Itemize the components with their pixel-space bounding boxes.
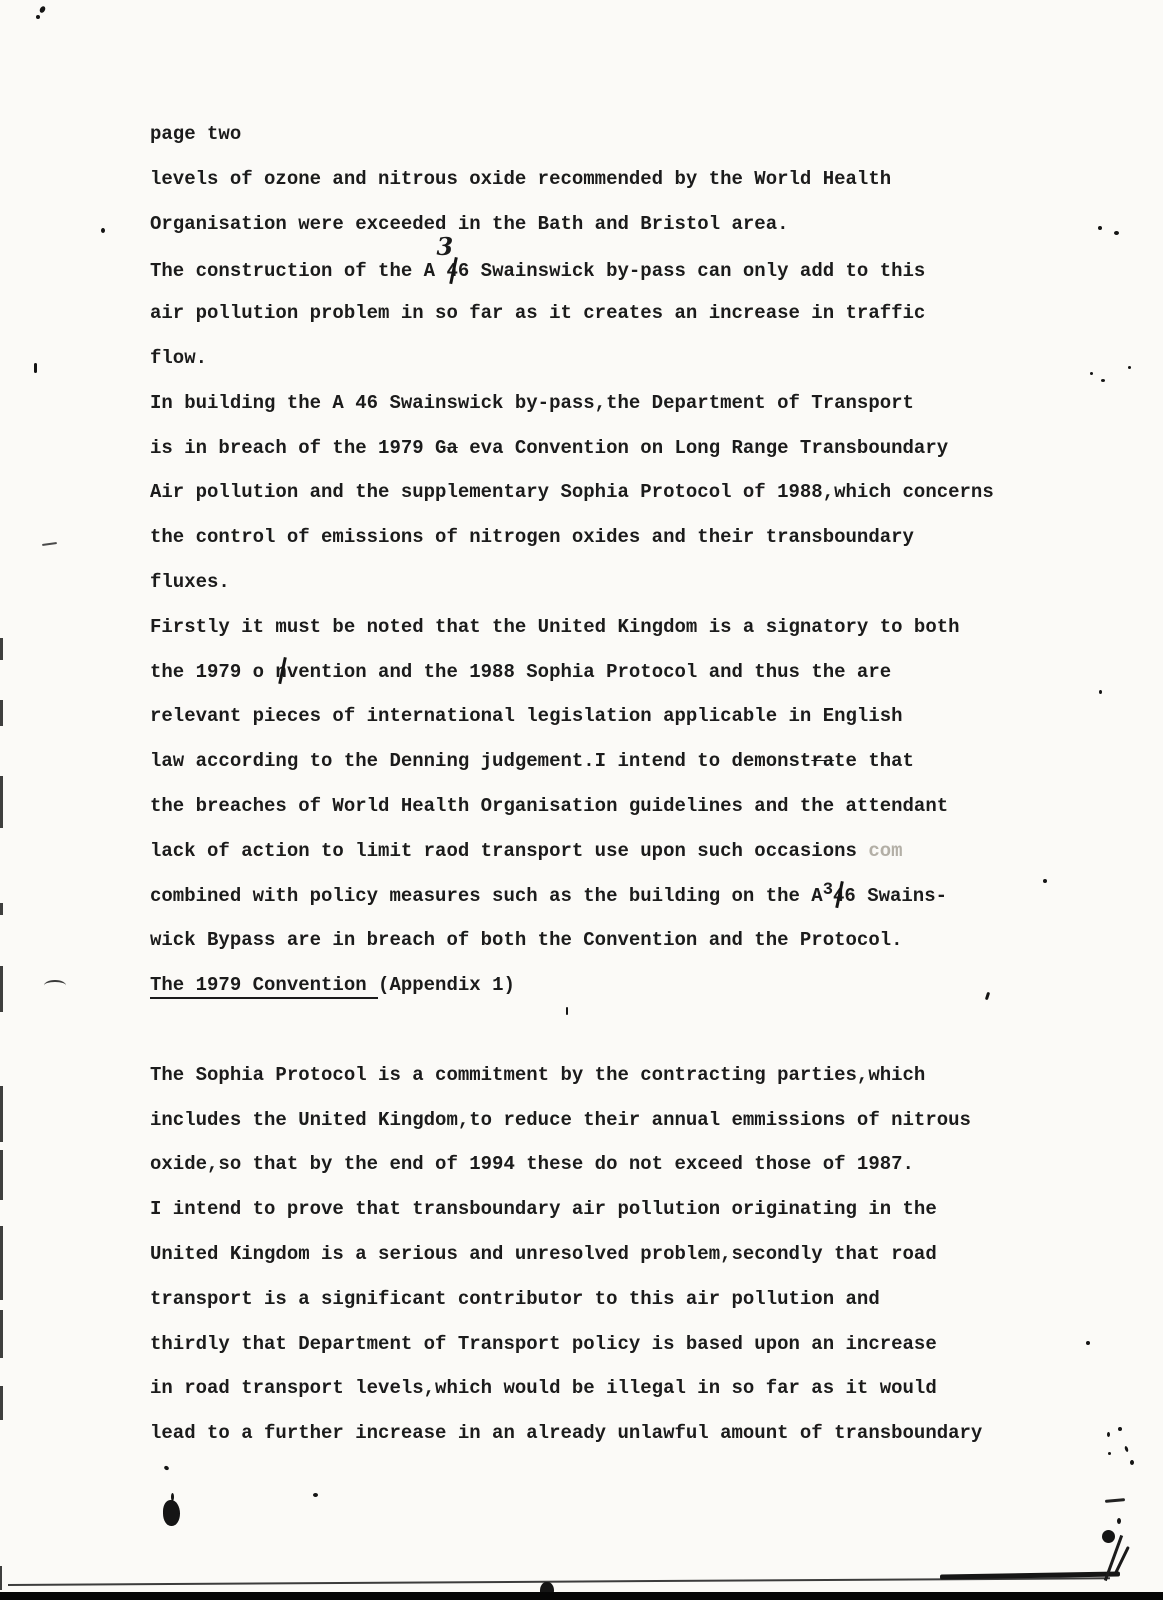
pen-mark	[44, 980, 66, 991]
text-line: air pollution problem in so far as it cr…	[150, 291, 1050, 336]
typed-text: The Sophia Protocol is a commitment by t…	[150, 1064, 925, 1086]
text-line: thirdly that Department of Transport pol…	[150, 1322, 1050, 1367]
scan-edge-mark	[0, 903, 3, 915]
typed-text: levels of ozone and nitrous oxide recomm…	[150, 168, 891, 190]
typed-text: 4	[833, 885, 844, 907]
ink-speck	[1098, 226, 1102, 230]
text-line: Firstly it must be noted that the United…	[150, 605, 1050, 650]
text-line: In building the A 46 Swainswick by-pass,…	[150, 381, 1050, 426]
scan-edge-mark	[0, 700, 3, 726]
line-spacer	[150, 1008, 1050, 1053]
text-line: flow.	[150, 336, 1050, 381]
ink-speck	[1043, 879, 1047, 883]
typed-text: in road transport levels,which would be …	[150, 1377, 937, 1399]
typed-text: 4	[446, 260, 457, 282]
text-line: in road transport levels,which would be …	[150, 1366, 1050, 1411]
text-line: Air pollution and the supplementary Soph…	[150, 470, 1050, 515]
document-lines: page twolevels of ozone and nitrous oxid…	[150, 112, 1050, 1456]
typed-text: the control of emissions of nitrogen oxi…	[150, 526, 914, 548]
typed-text: 3	[823, 881, 833, 900]
scan-edge-mark	[0, 1310, 3, 1358]
text-line: the 1979 o nvention and the 1988 Sophia …	[150, 650, 1050, 695]
ink-speck	[36, 15, 40, 19]
typed-text: vention and the 1988 Sophia Protocol and…	[287, 661, 891, 683]
ink-speck	[1118, 1427, 1122, 1431]
typed-text: law according to the Denning judgement.I…	[150, 750, 811, 772]
typed-text: flow.	[150, 347, 207, 369]
text-line: law according to the Denning judgement.I…	[150, 739, 1050, 784]
text-line: The construction of the A 346 Swainswick…	[150, 246, 1050, 291]
ink-speck	[566, 1007, 568, 1015]
typed-text: n	[275, 661, 286, 683]
scan-edge-mark	[0, 966, 3, 1012]
faint-overstruck-text: com	[868, 840, 902, 862]
ink-speck	[39, 5, 47, 14]
typed-text: 6 Swains-	[844, 885, 947, 907]
text-line: The 1979 Convention (Appendix 1)	[150, 963, 1050, 1008]
typed-text: Firstly it must be noted that the United…	[150, 616, 960, 638]
typed-text: wick Bypass are in breach of both the Co…	[150, 929, 903, 951]
text-line: The Sophia Protocol is a commitment by t…	[150, 1053, 1050, 1098]
typed-text: I intend to prove that transboundary air…	[150, 1198, 937, 1220]
ink-blot	[1102, 1530, 1115, 1543]
typed-text: 6 Swainswick by-pass can only add to thi…	[458, 260, 925, 282]
typed-text: combined with policy measures such as th…	[150, 885, 823, 907]
ink-speck	[171, 1493, 174, 1501]
typed-text: is in breach of the 1979 G	[150, 437, 446, 459]
ink-speck	[101, 228, 105, 233]
ink-speck	[1086, 1341, 1090, 1345]
ink-speck	[1130, 1460, 1134, 1465]
typed-text: relevant pieces of international legisla…	[150, 705, 903, 727]
pen-mark	[1105, 1498, 1125, 1503]
text-line: transport is a significant contributor t…	[150, 1277, 1050, 1322]
typed-text: te that	[834, 750, 914, 772]
typed-text: air pollution problem in so far as it cr…	[150, 302, 925, 324]
ink-speck	[1128, 366, 1131, 369]
text-line: I intend to prove that transboundary air…	[150, 1187, 1050, 1232]
typed-text: lead to a further increase in an already…	[150, 1422, 982, 1444]
scanned-document-page: page twolevels of ozone and nitrous oxid…	[0, 0, 1163, 1600]
typed-text: Air pollution and the supplementary Soph…	[150, 481, 994, 503]
typed-text: In building the A 46 Swainswick by-pass,…	[150, 392, 914, 414]
text-line: includes the United Kingdom,to reduce th…	[150, 1098, 1050, 1143]
text-line: Organisation were exceeded in the Bath a…	[150, 202, 1050, 247]
text-line: page two	[150, 112, 1050, 157]
scan-edge-mark	[0, 1226, 3, 1300]
text-line: lead to a further increase in an already…	[150, 1411, 1050, 1456]
text-line: United Kingdom is a serious and unresolv…	[150, 1232, 1050, 1277]
scan-border-bar	[0, 1592, 1163, 1600]
ink-speck	[1090, 372, 1093, 375]
text-line: lack of action to limit raod transport u…	[150, 829, 1050, 874]
typed-text: eva Convention on Long Range Transbounda…	[458, 437, 948, 459]
ink-speck	[1114, 231, 1119, 235]
text-line: the control of emissions of nitrogen oxi…	[150, 515, 1050, 560]
typed-text: the 1979 o	[150, 661, 275, 683]
typed-text: oxide,so that by the end of 1994 these d…	[150, 1153, 914, 1175]
ink-speck	[1117, 1518, 1121, 1524]
scan-edge-mark	[0, 1566, 2, 1590]
typed-text: lack of action to limit raod transport u…	[150, 840, 868, 862]
typed-text: The construction of the A	[150, 260, 446, 282]
pen-mark	[42, 542, 57, 546]
text-line: is in breach of the 1979 Ga eva Conventi…	[150, 426, 1050, 471]
ink-speck	[1124, 1446, 1129, 1453]
scan-edge-mark	[0, 1386, 3, 1420]
ink-speck	[163, 1465, 169, 1471]
ink-speck	[34, 363, 37, 373]
ink-blot	[163, 1500, 180, 1526]
text-line: relevant pieces of international legisla…	[150, 694, 1050, 739]
typed-text: (Appendix 1)	[378, 974, 515, 996]
typed-text: ra	[811, 750, 834, 772]
scan-edge-mark	[0, 638, 3, 660]
typed-text: a	[446, 437, 457, 459]
scan-edge-mark	[0, 1150, 3, 1200]
typed-text: thirdly that Department of Transport pol…	[150, 1333, 937, 1355]
ink-speck	[1107, 1432, 1110, 1437]
typed-text: includes the United Kingdom,to reduce th…	[150, 1109, 971, 1131]
ink-speck	[313, 1493, 318, 1497]
ink-speck	[1099, 690, 1102, 694]
text-line: levels of ozone and nitrous oxide recomm…	[150, 157, 1050, 202]
ink-speck	[1101, 379, 1105, 382]
scan-edge-mark	[0, 1086, 3, 1142]
typed-text: page two	[150, 123, 241, 145]
text-line: combined with policy measures such as th…	[150, 874, 1050, 919]
text-line: oxide,so that by the end of 1994 these d…	[150, 1142, 1050, 1187]
text-line: wick Bypass are in breach of both the Co…	[150, 918, 1050, 963]
typed-text: United Kingdom is a serious and unresolv…	[150, 1243, 937, 1265]
typed-text: transport is a significant contributor t…	[150, 1288, 880, 1310]
ink-speck	[1108, 1452, 1111, 1455]
scan-edge-mark	[0, 776, 3, 828]
typed-text: Organisation were exceeded in the Bath a…	[150, 213, 789, 235]
underlined-heading-text: The 1979 Convention	[150, 974, 378, 999]
typed-text: the breaches of World Health Organisatio…	[150, 795, 948, 817]
text-line: fluxes.	[150, 560, 1050, 605]
typed-text: fluxes.	[150, 571, 230, 593]
text-line: the breaches of World Health Organisatio…	[150, 784, 1050, 829]
